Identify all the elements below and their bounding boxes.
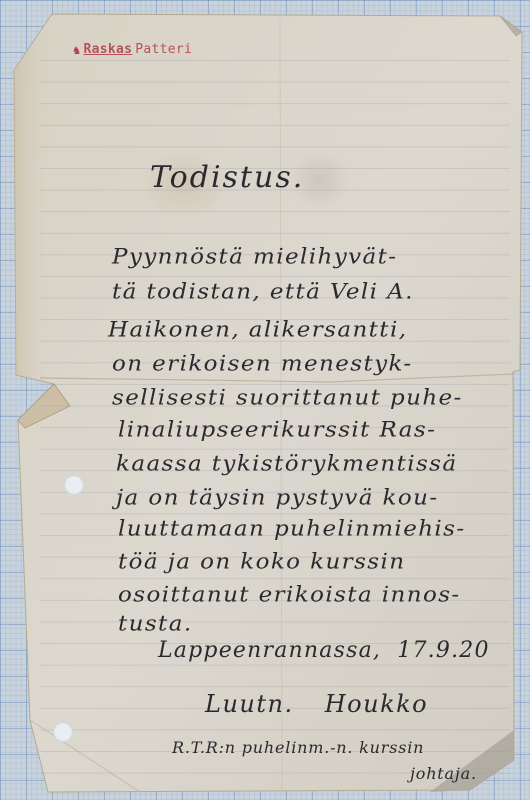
document-title: Todistus. (150, 160, 304, 195)
signature-name: Houkko (325, 690, 428, 718)
letterhead-stamp: ♞ Raskas Patteri (73, 42, 192, 57)
document-photo: ♞ Raskas Patteri Todistus. Pyynnöstä mie… (0, 0, 530, 800)
signature: Luutn. Houkko (205, 690, 428, 718)
body-line: sellisesti suorittanut puhe- (112, 386, 463, 410)
punch-hole-bottom (53, 722, 73, 742)
body-line: ja on täysin pystyvä kou- (116, 486, 439, 510)
cannon-icon: ♞ (73, 43, 81, 57)
body-line: Pyynnöstä mielihyvät- (112, 245, 397, 269)
signature-rank: Luutn. (205, 690, 294, 718)
body-line: kaassa tykistörykmentissä (116, 452, 458, 476)
body-line: osoittanut erikoista innos- (118, 583, 461, 607)
body-line: linaliupseerikurssit Ras- (118, 418, 436, 442)
signer-role-cont: johtaja. (410, 764, 477, 783)
body-line: on erikoisen menestyk- (112, 352, 413, 376)
place: Lappeenrannassa, (158, 638, 381, 663)
body-line: tusta. (118, 612, 193, 636)
body-line: Haikonen, alikersantti, (108, 318, 407, 342)
place-date: Lappeenrannassa, 17.9.20 (158, 638, 490, 663)
stamp-unit: Patteri (135, 42, 192, 57)
body-line: luuttamaan puhelinmiehis- (118, 517, 466, 541)
signer-role: R.T.R:n puhelinm.-n. kurssin (172, 738, 424, 757)
punch-hole-top (64, 475, 84, 495)
body-line: töä ja on koko kurssin (118, 550, 405, 574)
stamp-brand: Raskas (84, 42, 133, 57)
date: 17.9.20 (397, 638, 489, 663)
body-line: tä todistan, että Veli A. (112, 280, 414, 304)
